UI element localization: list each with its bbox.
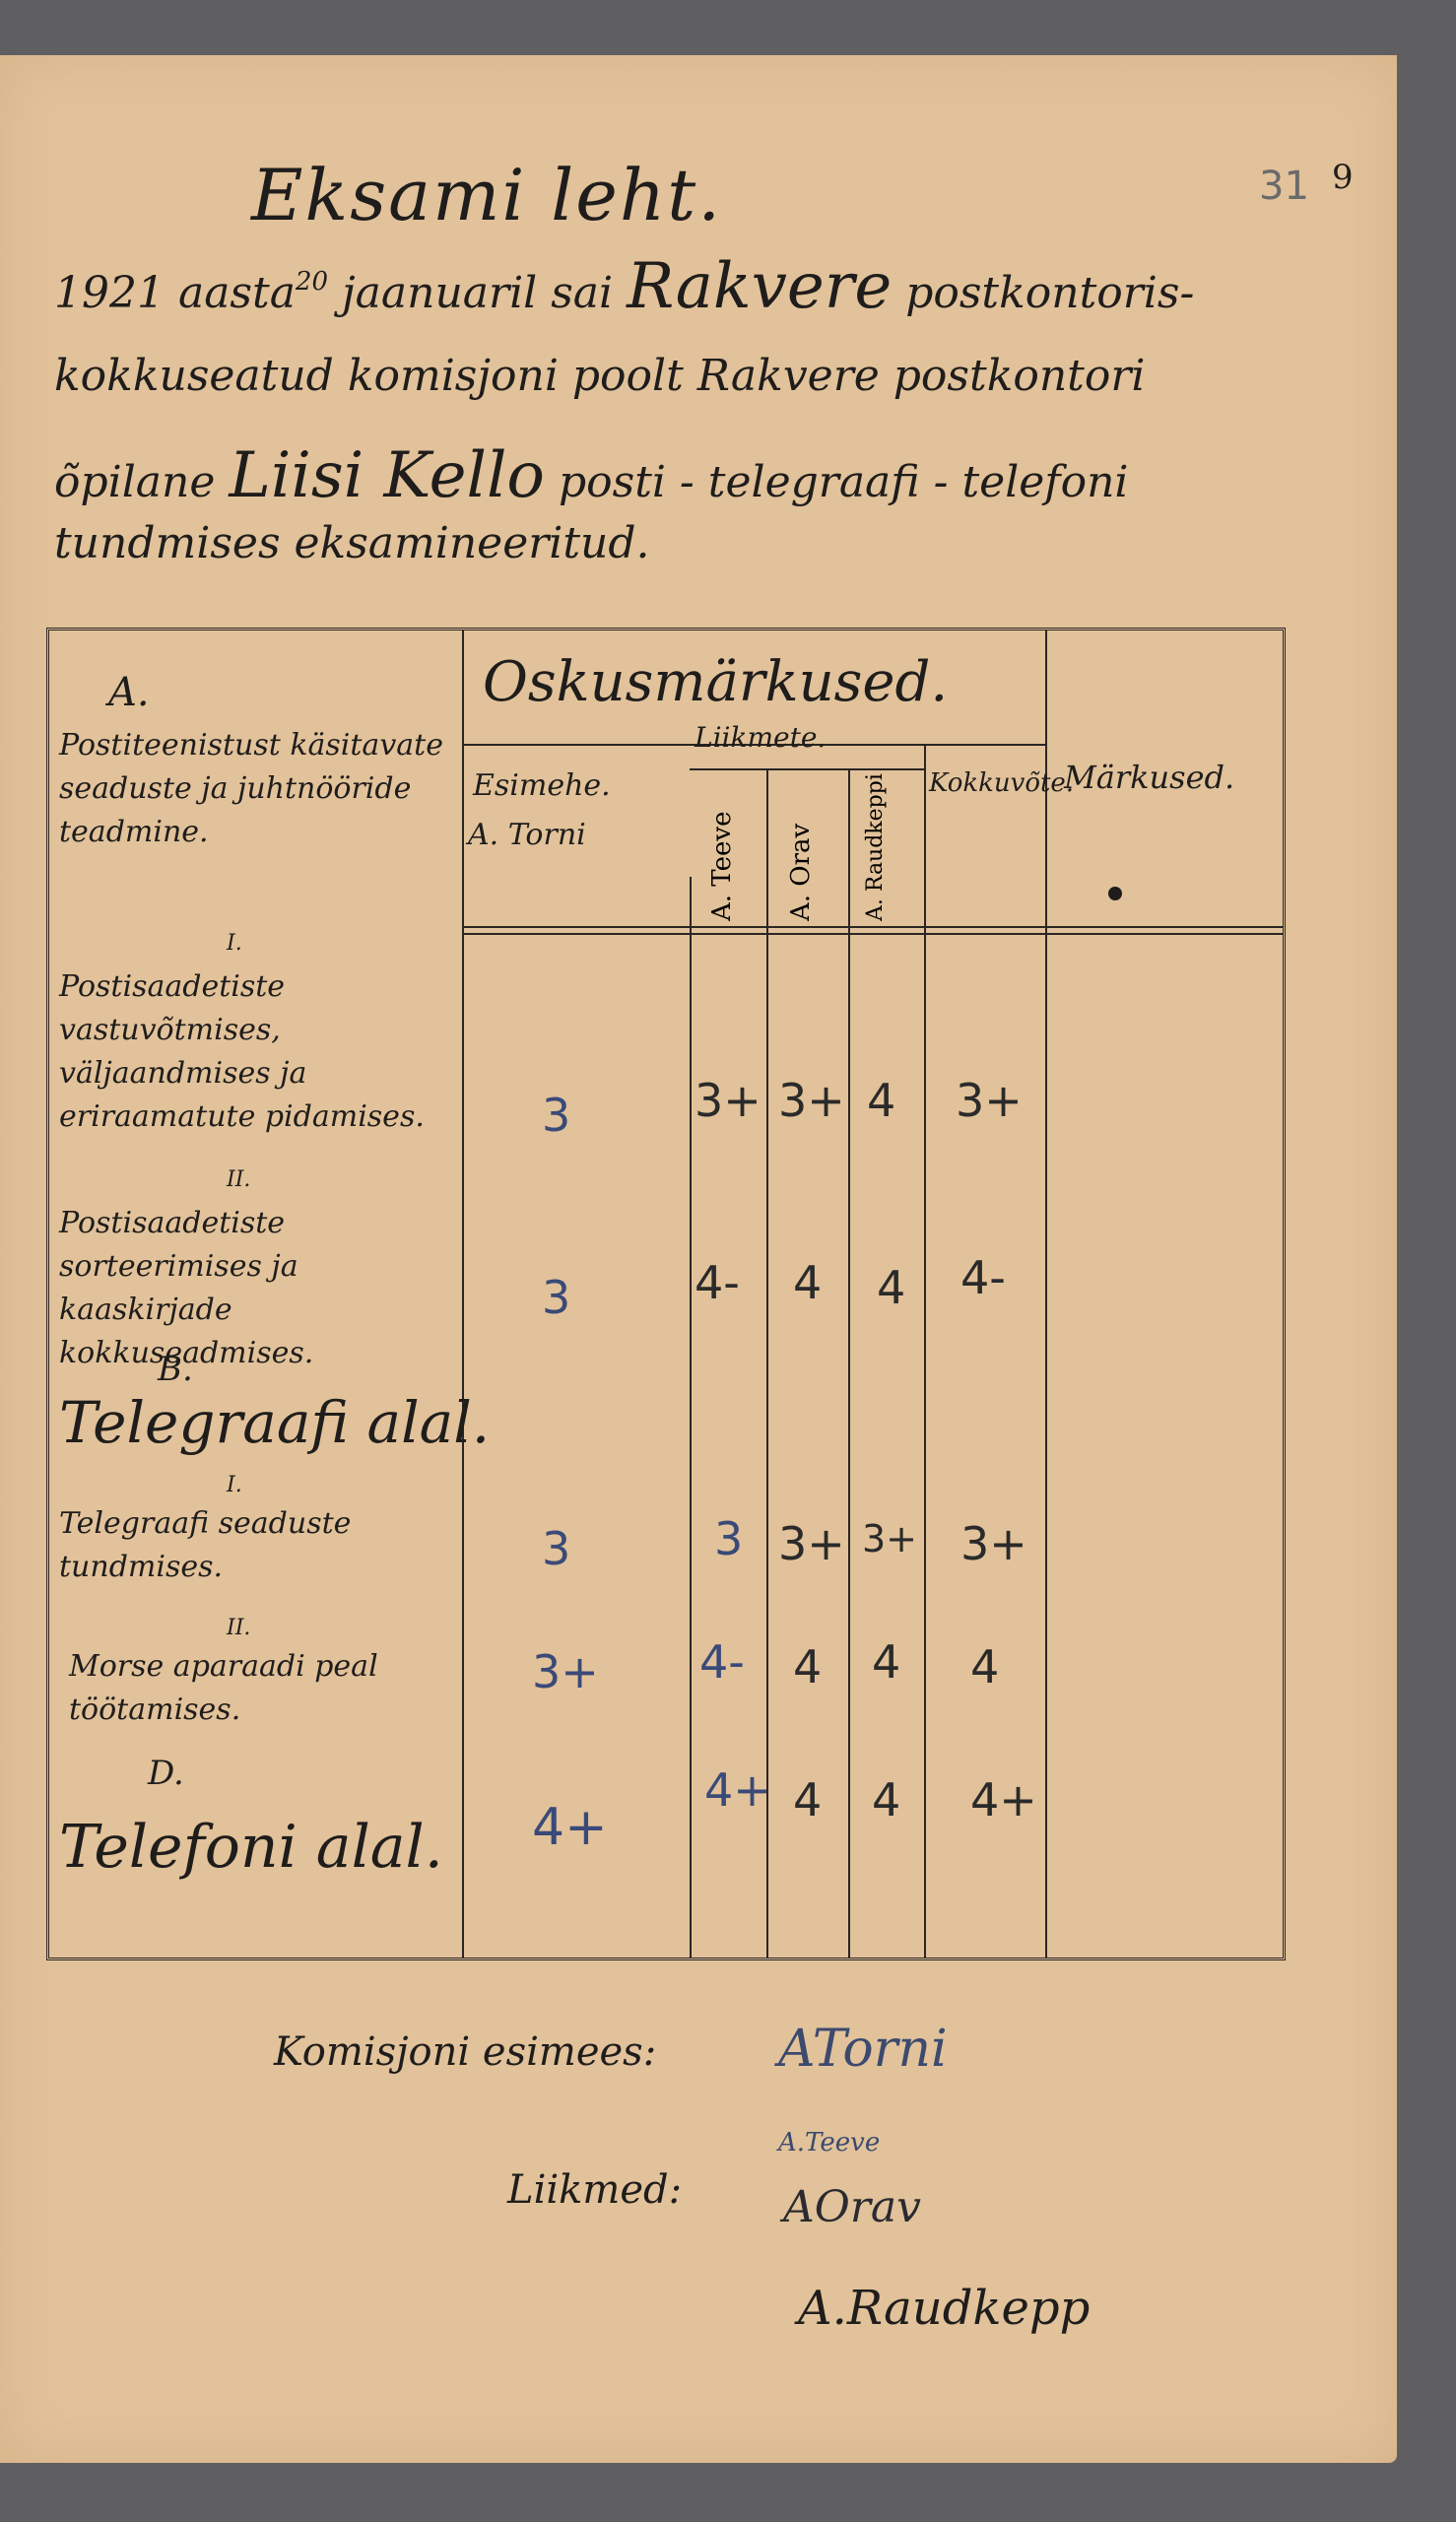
total-grade: 4+ [970,1773,1037,1826]
total-grade: 3+ [960,1517,1027,1570]
chairman-grade: 3+ [532,1645,599,1698]
chairman-grade: 4+ [532,1798,608,1857]
members-label: Liikmed: [507,2167,682,2213]
member-grade: 3+ [778,1074,845,1127]
member-grade: 4 [872,1635,900,1689]
row-subject: Morse aparaadi peal töötamises. [69,1645,453,1732]
document-title: Eksami leht. [251,154,722,236]
row-subject: Postisaadetiste sorteerimises ja kaaskir… [59,1202,453,1375]
row-subject: Telegraafi seaduste tundmises. [59,1502,453,1589]
member-grade: 3+ [862,1517,917,1560]
intro-line-2: kokkuseatud komisjoni poolt Rakvere post… [54,351,1145,401]
member-grade: 4 [867,1074,895,1127]
member-col-header: A. Teeve [707,812,737,921]
member-col-header: A. Raudkeppi [863,773,888,921]
student-name: Liisi Kello [229,439,545,512]
member-signature: A.Teeve [778,2128,880,2157]
col-divider [1045,630,1047,1958]
member-grade: 4 [877,1261,905,1314]
ink-dot [1108,887,1122,900]
col-divider [848,768,850,1958]
chair-signature: ATorni [778,2020,948,2079]
section-title: Telegraafi alal. [59,1389,490,1456]
member-grade: 4 [793,1773,822,1826]
row-divider [690,768,924,770]
remarks-col-header: Märkused. [1064,759,1234,796]
chairman-grade: 3 [542,1089,570,1142]
section-letter: D. [148,1754,184,1793]
section-letter: B. [158,1350,193,1389]
member-signature: A.Raudkepp [798,2281,1090,2336]
group-title-oskusmarkused: Oskusmärkused. [483,650,948,714]
folio-stamp-number: 9 [1332,158,1354,197]
member-grade: 3+ [778,1517,845,1570]
member-grade: 3 [714,1512,743,1565]
total-grade: 4- [960,1251,1006,1304]
chairman-name: A. Torni [468,818,586,852]
total-grade: 4 [970,1640,999,1693]
member-grade: 4 [793,1640,822,1693]
members-group-header: Liikmete. [695,721,826,754]
header-double-line [462,926,1283,935]
chair-label: Komisjoni esimees: [274,2029,656,2075]
member-grade: 4- [699,1635,745,1689]
member-grade: 4- [695,1256,740,1309]
member-grade: 4 [872,1773,900,1826]
member-grade: 4 [793,1256,822,1309]
grades-table: A. Postiteenistust käsitavate seaduste j… [46,628,1286,1960]
total-grade: 3+ [956,1074,1023,1127]
chairman-grade: 3 [542,1271,570,1324]
section-a-letter: A. [108,670,150,715]
member-grade: 3+ [695,1074,761,1127]
chairman-grade: 3 [542,1522,570,1575]
intro-line-4: tundmises eksamineeritud. [54,518,650,568]
col-divider [690,877,692,1958]
total-col-header: Kokkuvõte. [929,768,1037,798]
intro-line-1: 1921 aasta20 jaanuaril sai Rakvere postk… [54,250,1194,323]
folio-pencil-number: 31 [1259,164,1309,209]
chairman-col-header: Esimehe. [473,768,611,803]
member-col-header: A. Orav [786,824,816,921]
intro-line-3: õpilane Liisi Kello posti - telegraafi -… [54,439,1128,512]
member-grade: 4+ [704,1763,771,1817]
col-divider [462,630,464,1958]
section-a-title: Postiteenistust käsitavate seaduste ja j… [59,724,453,854]
section-title: Telefoni alal. [59,1813,443,1882]
row-subject: Postisaadetiste vastuvõtmises, väljaandm… [59,965,453,1139]
member-signature: AOrav [783,2182,921,2232]
place-name: Rakvere [627,250,892,323]
